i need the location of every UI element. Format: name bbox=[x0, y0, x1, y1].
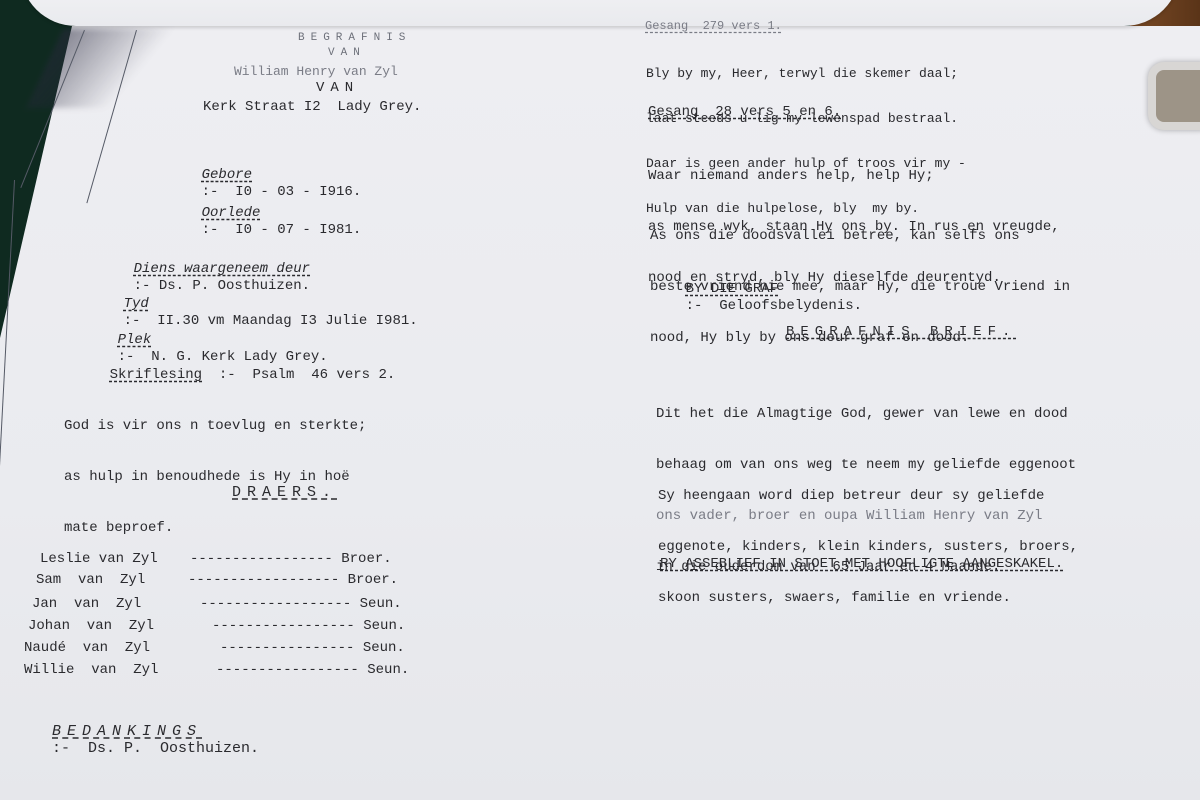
place-label: Plek bbox=[118, 332, 152, 348]
hymn2-label: Gesang 28 vers 5 en 6. bbox=[648, 104, 841, 121]
bearers-heading: DRAERS. bbox=[232, 484, 337, 501]
died-value: :- I0 - 07 - I981. bbox=[202, 222, 362, 238]
program-title-van: VAN bbox=[328, 45, 366, 62]
hymn1-label: Gesang 279 vers 1. bbox=[645, 18, 782, 35]
closing-notice: RY ASSEBLIEF IN STOET MET HOOFLIGTE AANG… bbox=[660, 556, 1063, 573]
born-label: Gebore bbox=[202, 167, 252, 183]
bearer-row: Sam van Zyl------------------ Broer. bbox=[36, 572, 398, 589]
died-label: Oorlede bbox=[202, 205, 261, 221]
bearer-row: Willie van Zyl----------------- Seun. bbox=[24, 662, 409, 679]
grave-label: BY DIE GRAF bbox=[686, 281, 778, 297]
time-label: Tyd bbox=[124, 296, 149, 312]
reading-label: Skriflesing bbox=[110, 367, 202, 383]
letter-heading: BEGRAFNIS BRIEF. bbox=[786, 324, 1016, 341]
deceased-name: William Henry van Zyl bbox=[234, 63, 398, 80]
reading-value: :- Psalm 46 vers 2. bbox=[202, 367, 395, 383]
reading-text: God is vir ons n toevlug en sterkte; as … bbox=[64, 384, 366, 571]
grave-value: :- Geloofsbelydenis. bbox=[686, 298, 862, 314]
thanks-value: :- Ds. P. Oosthuizen. bbox=[52, 740, 259, 757]
bearer-row: Naudé van Zyl---------------- Seun. bbox=[24, 640, 405, 657]
bearer-row: Jan van Zyl------------------ Seun. bbox=[32, 596, 402, 613]
address: Kerk Straat I2 Lady Grey. bbox=[203, 99, 421, 116]
officiant-label: Diens waargeneem deur bbox=[134, 261, 310, 277]
bearer-row: Leslie van Zyl----------------- Broer. bbox=[40, 551, 392, 568]
program-title-van-2: VAN bbox=[316, 80, 359, 97]
funeral-program: BEGRAFNIS VAN William Henry van Zyl VAN … bbox=[0, 0, 1200, 800]
thanks-label: BEDANKINGS bbox=[52, 723, 202, 740]
grave-row: BY DIE GRAF :- Geloofsbelydenis. bbox=[652, 264, 862, 332]
letter-paragraph-2: Sy heengaan word diep betreur deur sy ge… bbox=[658, 454, 1078, 641]
thanks-row: BEDANKINGS :- Ds. P. Oosthuizen. bbox=[16, 706, 259, 774]
bearer-row: Johan van Zyl----------------- Seun. bbox=[28, 618, 405, 635]
